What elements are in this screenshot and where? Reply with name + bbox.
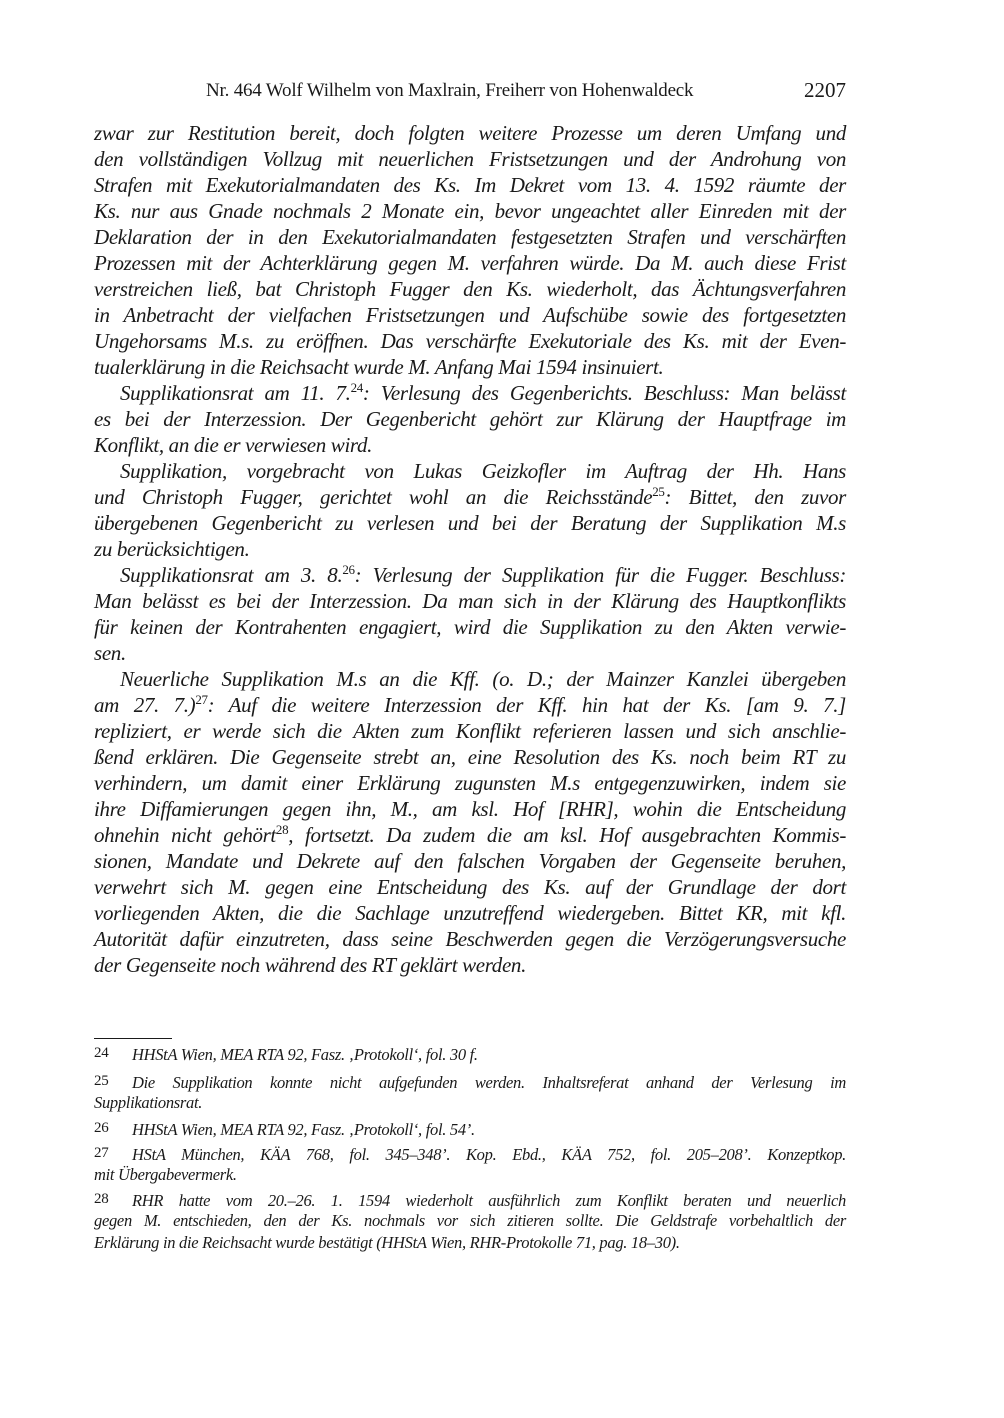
text-line: Strafen mit Exekutorialmandaten des Ks. … xyxy=(94,172,846,198)
text-line: Deklaration der in den Exekutorialmandat… xyxy=(94,224,846,250)
footnote-number: 27 xyxy=(94,1142,132,1164)
footnote-ref-26[interactable]: 26 xyxy=(342,562,354,577)
text-line: repliziert, er werde sich die Akten zum … xyxy=(94,718,846,744)
footnote-26: 26HHStA Wien, MEA RTA 92, Fasz. ‚Protoko… xyxy=(94,1117,846,1139)
text-line: Supplikationsrat am 11. 7.24: Verlesung … xyxy=(120,380,846,406)
footnote-27: 27HStA München, KÄA 768, fol. 345–348’. … xyxy=(94,1142,846,1164)
text-line: in Anbetracht der vielfachen Fristsetzun… xyxy=(94,302,846,328)
text-line: den vollständigen Vollzug mit neuerliche… xyxy=(94,146,846,172)
text-line: Ungehorsams M.s. zu eröffnen. Das versch… xyxy=(94,328,846,354)
text-line: verstreichen ließ, bat Christoph Fugger … xyxy=(94,276,846,302)
running-title: Nr. 464 Wolf Wilhelm von Maxlrain, Freih… xyxy=(206,80,693,102)
text-line: sionen, Mandate und Dekrete auf den fals… xyxy=(94,848,846,874)
footnote-ref-24[interactable]: 24 xyxy=(351,380,363,395)
footnote-number: 25 xyxy=(94,1070,132,1092)
text-line: Autorität dafür einzutreten, dass seine … xyxy=(94,926,846,952)
text-line: zu berücksichtigen. xyxy=(94,536,846,562)
text-line: Supplikation, vorgebracht von Lukas Geiz… xyxy=(120,458,846,484)
footnote-28: 28RHR hatte vom 20.–26. 1. 1594 wiederho… xyxy=(94,1188,846,1210)
text-line: Supplikationsrat am 3. 8.26: Verlesung d… xyxy=(120,562,846,588)
text-line: es bei der Interzession. Der Gegenberich… xyxy=(94,406,846,432)
footnote-27-cont: mit Übergabevermerk. xyxy=(94,1164,846,1186)
text-line: ihre Diffamierungen gegen ihn, M., am ks… xyxy=(94,796,846,822)
footnote-number: 24 xyxy=(94,1042,132,1064)
footnote-28-cont: Erklärung in die Reichsacht wurde bestät… xyxy=(94,1232,846,1254)
page-number: 2207 xyxy=(804,78,846,103)
footnote-number: 26 xyxy=(94,1117,132,1139)
footnote-24: 24HHStA Wien, MEA RTA 92, Fasz. ‚Protoko… xyxy=(94,1042,846,1064)
text-line: der Gegenseite noch während des RT geklä… xyxy=(94,952,846,978)
text-line: tualerklärung in die Reichsacht wurde M.… xyxy=(94,354,846,380)
footnote-ref-28[interactable]: 28 xyxy=(276,822,288,837)
footnote-number: 28 xyxy=(94,1188,132,1210)
footnote-25-cont: Supplikationsrat. xyxy=(94,1092,846,1114)
text-line: sen. xyxy=(94,640,846,666)
text-line: für keinen der Kontrahenten engagiert, w… xyxy=(94,614,846,640)
footnote-separator xyxy=(94,1038,172,1039)
text-line: Ks. nur aus Gnade nochmals 2 Monate ein,… xyxy=(94,198,846,224)
text-line: ohnehin nicht gehört28, fortsetzt. Da zu… xyxy=(94,822,846,848)
text-line: verwehrt sich M. gegen eine Entscheidung… xyxy=(94,874,846,900)
text-line: vorliegenden Akten, die die Sachlage unz… xyxy=(94,900,846,926)
text-line: ßend erklären. Die Gegenseite strebt an,… xyxy=(94,744,846,770)
text-line: zwar zur Restitution bereit, doch folgte… xyxy=(94,120,846,146)
text-line: Man belässt es bei der Interzession. Da … xyxy=(94,588,846,614)
text-line: Konflikt, an die er verwiesen wird. xyxy=(94,432,846,458)
footnote-ref-27[interactable]: 27 xyxy=(195,692,207,707)
text-line: und Christoph Fugger, gerichtet wohl an … xyxy=(94,484,846,510)
running-header: Nr. 464 Wolf Wilhelm von Maxlrain, Freih… xyxy=(94,80,846,106)
footnote-ref-25[interactable]: 25 xyxy=(652,484,664,499)
text-line: am 27. 7.)27: Auf die weitere Interzessi… xyxy=(94,692,846,718)
footnote-28-cont: gegen M. entschieden, den der Ks. nochma… xyxy=(94,1210,846,1232)
text-line: Neuerliche Supplikation M.s an die Kff. … xyxy=(120,666,846,692)
text-line: verhindern, um damit einer Erklärung zug… xyxy=(94,770,846,796)
text-line: Prozessen mit der Achterklärung gegen M.… xyxy=(94,250,846,276)
footnote-25: 25Die Supplikation konnte nicht aufgefun… xyxy=(94,1070,846,1092)
text-line: übergebenen Gegenbericht zu verlesen und… xyxy=(94,510,846,536)
